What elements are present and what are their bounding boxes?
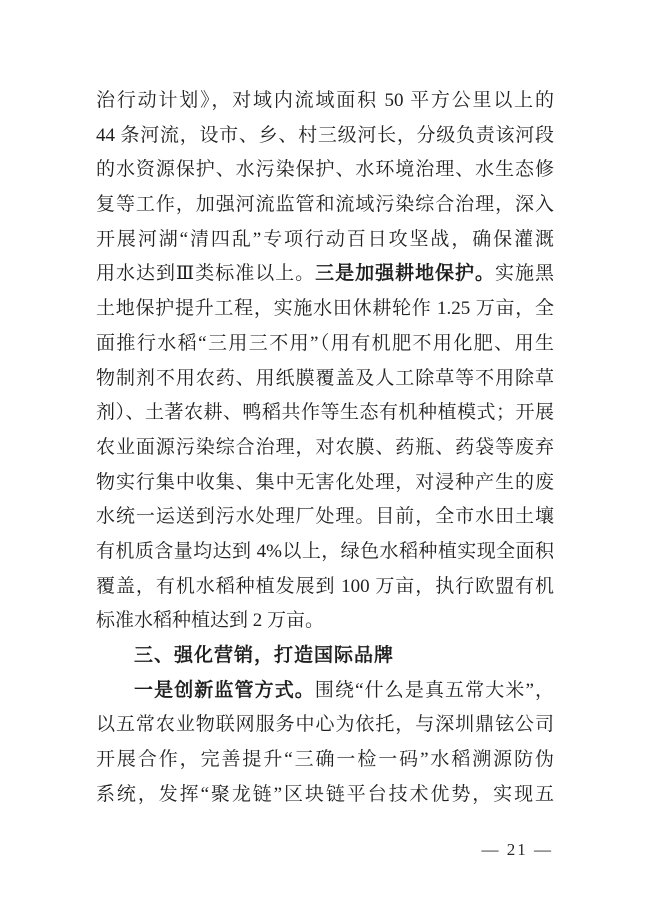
body-text-line: 44 条河流，设市、乡、村三级河长，分级负责该河段 <box>96 119 554 154</box>
body-text-line: 物制剂不用农药、用纸膜覆盖及人工除草等不用除草 <box>96 362 554 397</box>
body-text-line: 复等工作，加强河流监管和流域污染综合治理，深入 <box>96 188 554 223</box>
text-segment: 水统一运送到污水处理厂处理。目前，全市水田土壤 <box>96 506 554 527</box>
body-text-line: 农业面源污染综合治理，对农膜、药瓶、药袋等废弃 <box>96 431 554 466</box>
body-text-line: 开展河湖“清四乱”专项行动百日攻坚战，确保灌溉 <box>96 223 554 258</box>
body-text-line: 系统，发挥“聚龙链”区块链平台技术优势，实现五 <box>96 778 554 813</box>
text-segment: 土地保护提升工程，实施水田休耕轮作 1.25 万亩，全 <box>96 298 554 319</box>
text-segment: 44 条河流，设市、乡、村三级河长，分级负责该河段 <box>96 125 554 146</box>
bold-text-segment: 三是加强耕地保护。 <box>315 263 495 284</box>
body-text-line: 一是创新监管方式。围绕“什么是真五常大米”， <box>96 674 554 709</box>
text-segment: 开展合作，完善提升“三确一检一码”水稻溯源防伪 <box>96 749 554 770</box>
text-segment: 面推行水稻“三用三不用”（用有机肥不用化肥、用生 <box>96 333 554 354</box>
body-text-line: 的水资源保护、水污染保护、水环境治理、水生态修 <box>96 153 554 188</box>
document-page: 治行动计划》，对域内流域面积 50 平方公里以上的44 条河流，设市、乡、村三级… <box>0 0 650 919</box>
body-text-line: 用水达到Ⅲ类标准以上。三是加强耕地保护。实施黑 <box>96 257 554 292</box>
page-number: — 21 — <box>482 840 554 859</box>
text-segment: 有机质含量均达到 4%以上，绿色水稻种植实现全面积 <box>96 541 554 562</box>
body-text-line: 标准水稻种植达到 2 万亩。 <box>96 604 554 639</box>
body-text-line: 治行动计划》，对域内流域面积 50 平方公里以上的 <box>96 84 554 119</box>
body-text-line: 以五常农业物联网服务中心为依托，与深圳鼎铉公司 <box>96 708 554 743</box>
text-segment: 复等工作，加强河流监管和流域污染综合治理，深入 <box>96 194 554 215</box>
text-segment: 开展河湖“清四乱”专项行动百日攻坚战，确保灌溉 <box>96 229 554 250</box>
text-segment: 标准水稻种植达到 2 万亩。 <box>96 610 324 631</box>
text-segment: 物实行集中收集、集中无害化处理，对浸种产生的废 <box>96 472 554 493</box>
body-text-line: 开展合作，完善提升“三确一检一码”水稻溯源防伪 <box>96 743 554 778</box>
document-body: 治行动计划》，对域内流域面积 50 平方公里以上的44 条河流，设市、乡、村三级… <box>96 84 554 812</box>
body-text-line: 有机质含量均达到 4%以上，绿色水稻种植实现全面积 <box>96 535 554 570</box>
bold-text-segment: 一是创新监管方式。 <box>134 680 315 701</box>
section-heading: 三、强化营销，打造国际品牌 <box>96 639 554 674</box>
body-text-line: 覆盖，有机水稻种植发展到 100 万亩，执行欧盟有机 <box>96 570 554 605</box>
text-segment: 覆盖，有机水稻种植发展到 100 万亩，执行欧盟有机 <box>96 576 554 597</box>
text-segment: 农业面源污染综合治理，对农膜、药瓶、药袋等废弃 <box>96 437 554 458</box>
body-text-line: 土地保护提升工程，实施水田休耕轮作 1.25 万亩，全 <box>96 292 554 327</box>
text-segment: 剂）、土著农耕、鸭稻共作等生态有机种植模式；开展 <box>96 402 554 423</box>
text-segment: 围绕“什么是真五常大米”， <box>315 680 554 701</box>
text-segment: 实施黑 <box>495 263 554 284</box>
text-segment: 的水资源保护、水污染保护、水环境治理、水生态修 <box>96 159 554 180</box>
text-segment: 治行动计划》，对域内流域面积 50 平方公里以上的 <box>96 90 554 111</box>
page-footer: — 21 — <box>482 840 554 860</box>
text-segment: 用水达到Ⅲ类标准以上。 <box>96 263 315 284</box>
body-text-line: 物实行集中收集、集中无害化处理，对浸种产生的废 <box>96 466 554 501</box>
text-segment: 物制剂不用农药、用纸膜覆盖及人工除草等不用除草 <box>96 368 554 389</box>
bold-text-segment: 三、强化营销，打造国际品牌 <box>134 645 394 666</box>
body-text-line: 水统一运送到污水处理厂处理。目前，全市水田土壤 <box>96 500 554 535</box>
text-segment: 系统，发挥“聚龙链”区块链平台技术优势，实现五 <box>96 784 554 805</box>
body-text-line: 剂）、土著农耕、鸭稻共作等生态有机种植模式；开展 <box>96 396 554 431</box>
text-segment: 以五常农业物联网服务中心为依托，与深圳鼎铉公司 <box>96 714 554 735</box>
body-text-line: 面推行水稻“三用三不用”（用有机肥不用化肥、用生 <box>96 327 554 362</box>
